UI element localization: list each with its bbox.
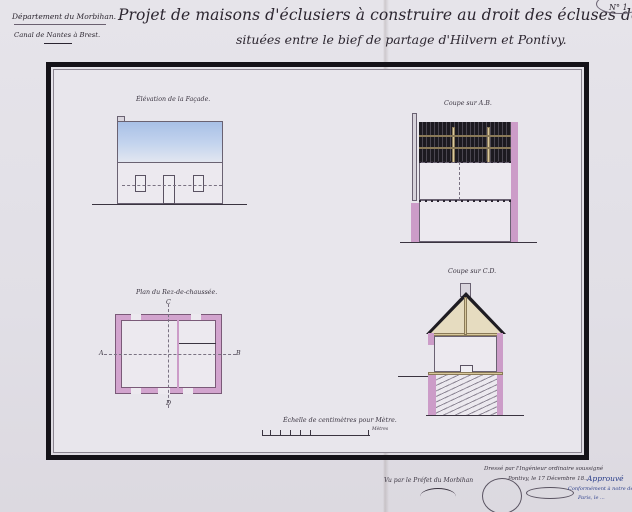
canal-label: Canal de Nantes à Brest. xyxy=(14,31,100,39)
ground-line xyxy=(398,376,428,377)
signature-oval xyxy=(526,487,574,499)
engineer-note: Dressé par l'Ingénieur ordinaire soussig… xyxy=(484,466,603,472)
divider xyxy=(44,43,72,44)
prefect-note: Vu par le Préfet du Morbihan xyxy=(384,477,473,484)
facade-elevation xyxy=(92,116,247,208)
ground-plan: A B C D xyxy=(96,300,241,408)
approval-signature: Paris, le ... xyxy=(578,495,605,501)
scale-bar xyxy=(262,427,370,436)
ground-plan-label: Plan du Rez-de-chaussée. xyxy=(136,289,217,296)
dimension-line xyxy=(122,185,222,186)
ground-line xyxy=(400,242,537,243)
window-opening xyxy=(183,388,193,394)
section-cd xyxy=(398,283,528,418)
base-line xyxy=(426,415,524,416)
window-opening xyxy=(131,388,141,394)
inner-partition xyxy=(179,343,216,344)
window-opening xyxy=(131,314,141,320)
roof xyxy=(117,121,223,163)
department-label: Département du Morbihan. xyxy=(12,12,116,21)
section-ab xyxy=(400,113,540,246)
section-line-cd xyxy=(168,304,169,408)
floor-joists xyxy=(419,200,511,202)
scale-label: Échelle de centimètres pour Mètre. xyxy=(283,417,397,424)
section-cd-label: Coupe sur C.D. xyxy=(448,268,496,275)
window-opening xyxy=(191,314,201,320)
chimney-flue xyxy=(412,113,417,201)
purlin xyxy=(419,135,517,137)
scale-unit: Mètres xyxy=(372,427,388,432)
left-wall xyxy=(428,375,436,415)
axis-mark-a: A xyxy=(99,350,104,357)
ceiling-joists xyxy=(419,161,511,163)
facade-label: Élévation de la Façade. xyxy=(136,96,210,103)
date-line: Pontivy, le 17 Décembre 18.. xyxy=(508,476,588,482)
official-stamp xyxy=(482,478,522,512)
right-wall xyxy=(511,122,518,242)
king-post xyxy=(464,297,467,335)
title-line-2: situées entre le bief de partage d'Hilve… xyxy=(236,32,567,47)
purlin xyxy=(419,147,517,149)
signature-flourish xyxy=(420,488,456,505)
title-line-1: Projet de maisons d'éclusiers à construi… xyxy=(118,6,632,24)
approval-note: Conformément à notre décision de ce jour xyxy=(568,486,632,492)
roof-truss-area xyxy=(419,122,517,162)
left-wall xyxy=(411,203,419,242)
ground-floor xyxy=(419,200,511,242)
section-line-ab xyxy=(104,354,236,355)
cellar xyxy=(436,375,497,415)
upper-floor xyxy=(419,162,517,200)
window xyxy=(193,175,204,192)
window xyxy=(135,175,146,192)
ground-line xyxy=(92,204,247,205)
axis-mark-c: C xyxy=(166,299,171,306)
door xyxy=(163,175,175,204)
partition xyxy=(459,162,460,200)
approved-label: Approuvé xyxy=(587,474,624,483)
axis-mark-d: D xyxy=(166,400,171,407)
divider xyxy=(14,24,106,25)
axis-mark-b: B xyxy=(236,350,241,357)
section-ab-label: Coupe sur A.B. xyxy=(444,100,492,107)
